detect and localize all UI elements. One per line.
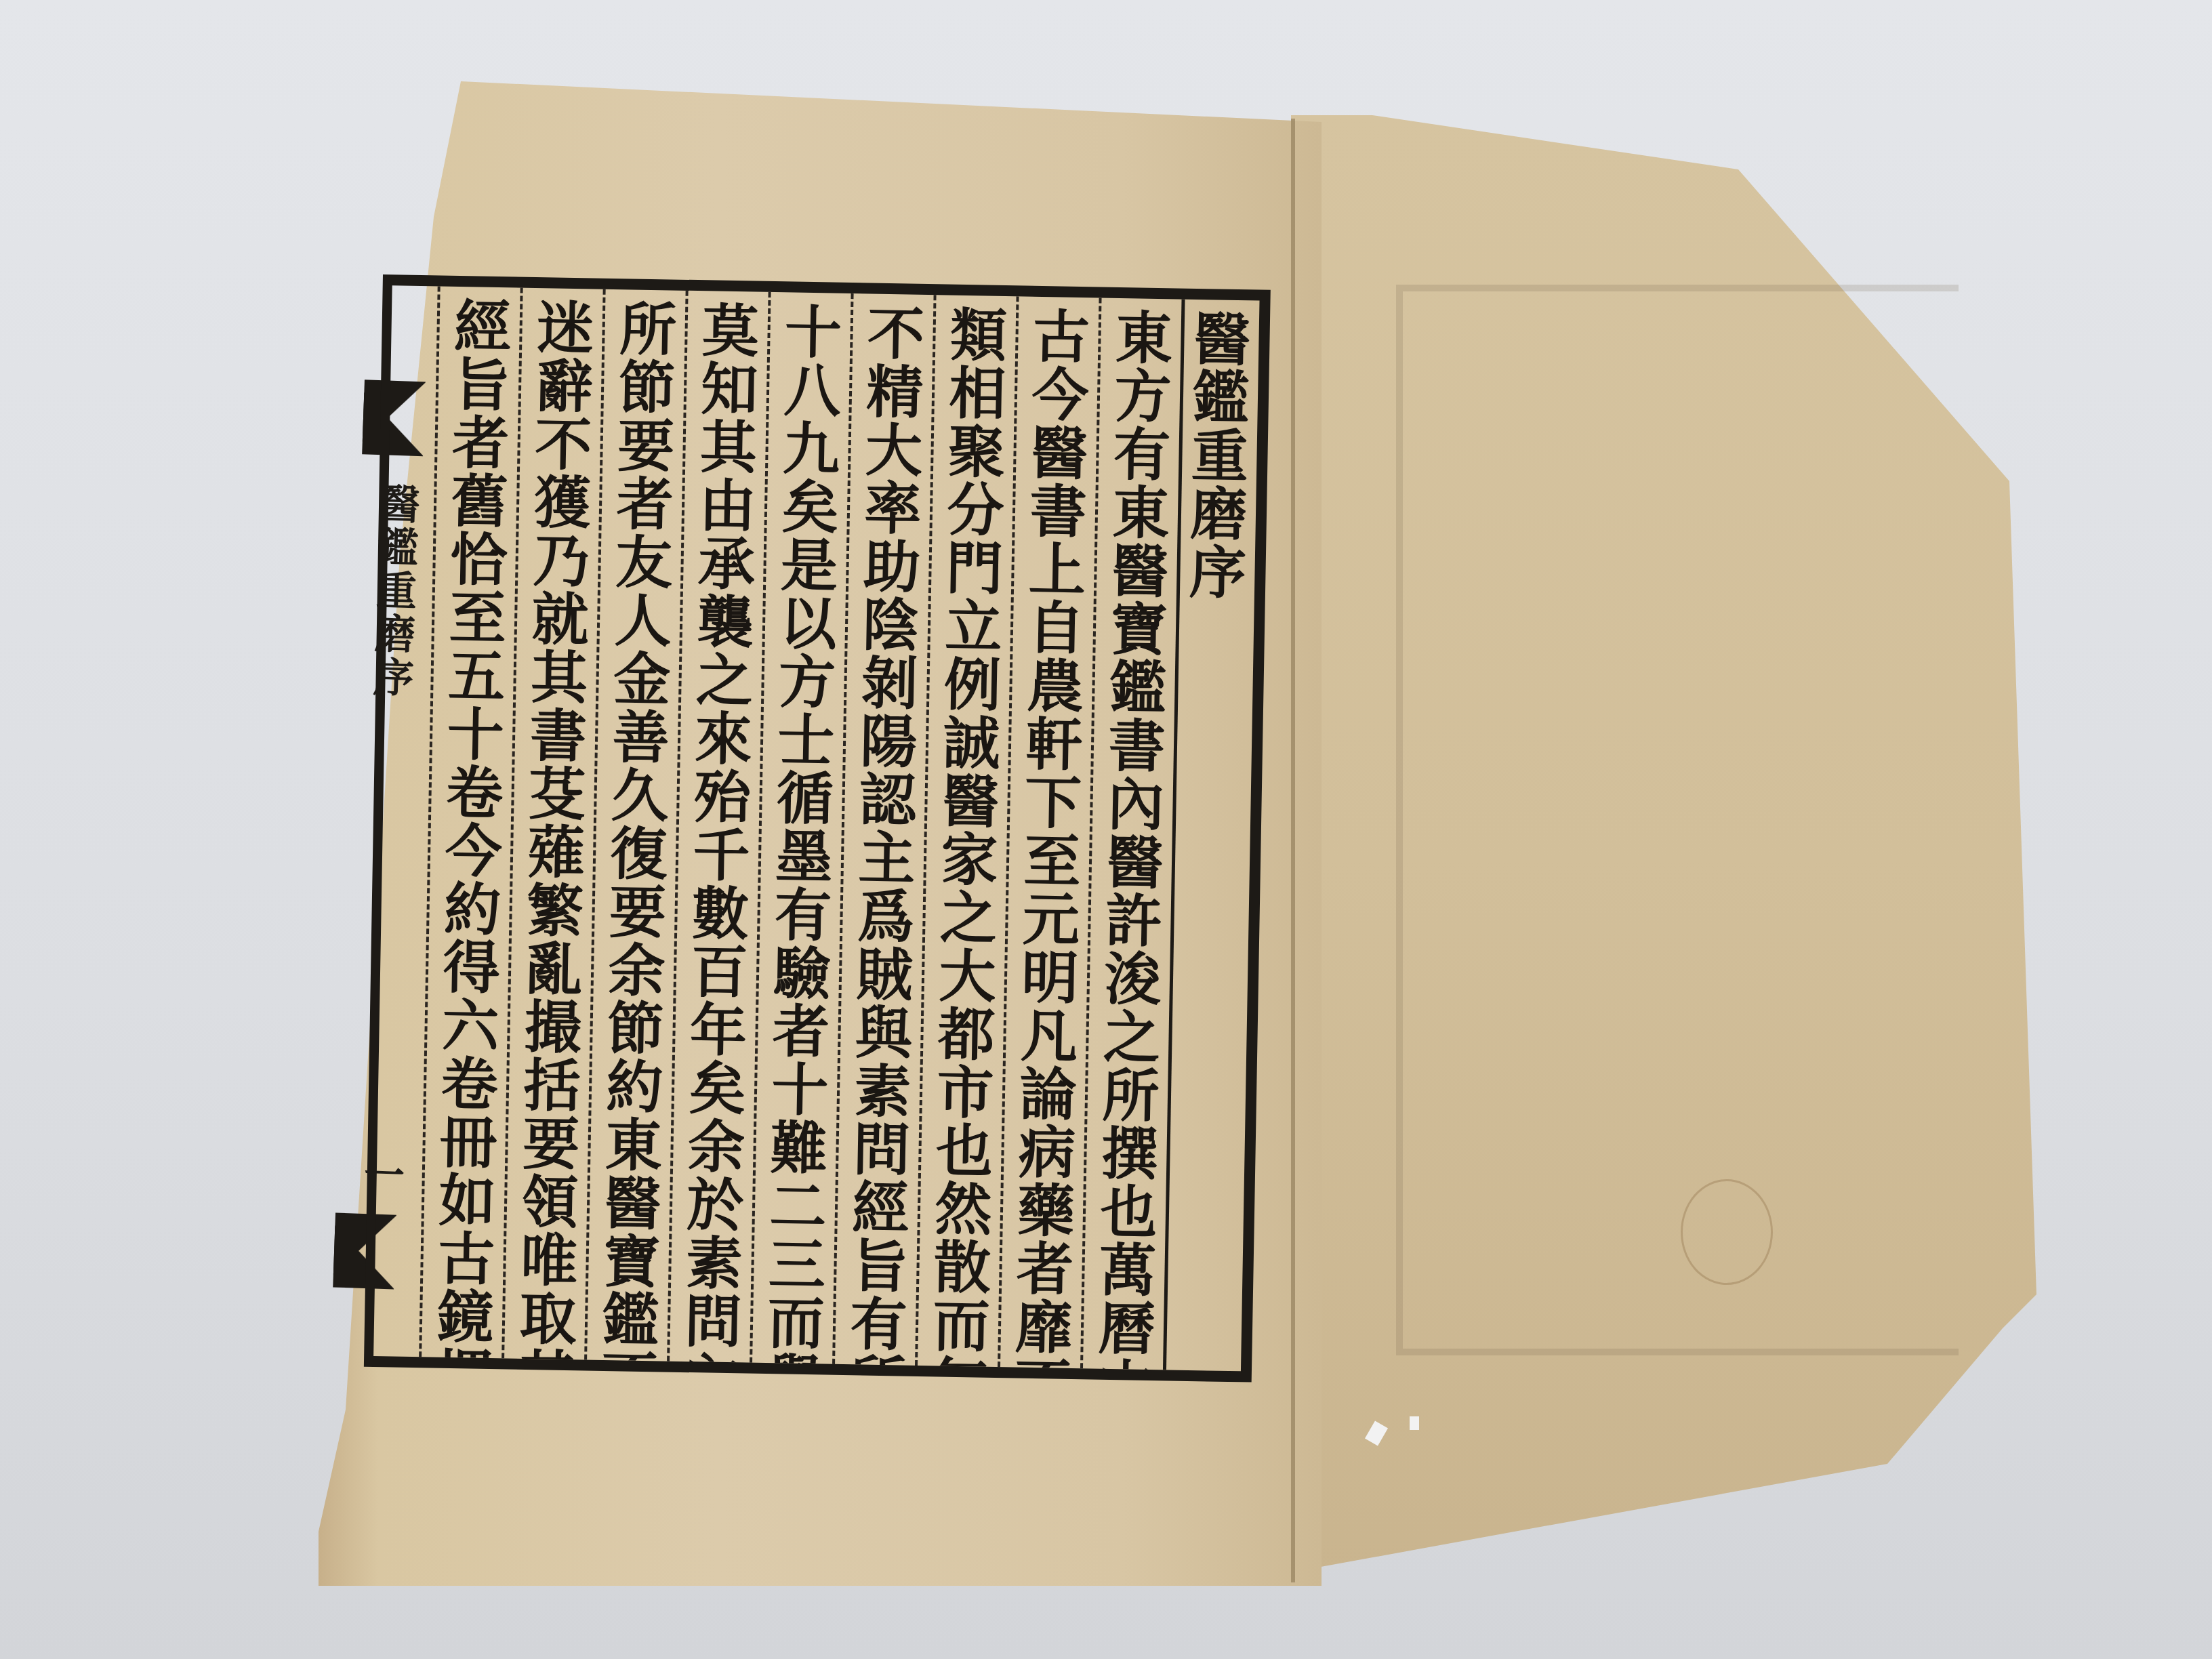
printed-text-frame: 醫鑑重磨序 東方有東醫寶鑑書內醫許浚之所撰也萬曆中 其書集合 古今醫書上自農軒下…	[364, 274, 1271, 1382]
text-columns: 醫鑑重磨序 東方有東醫寶鑑書內醫許浚之所撰也萬曆中 其書集合 古今醫書上自農軒下…	[419, 286, 1259, 1371]
show-through-frame	[1396, 285, 1959, 1355]
water-stain	[1681, 1179, 1773, 1285]
paper-tear	[1410, 1416, 1419, 1430]
book-photo: 醫鑑重磨序 一 醫鑑重磨序 東方有東醫寶鑑書內醫許浚之所撰也萬曆中 其書集合 古…	[0, 0, 2212, 1659]
page-fold	[1291, 119, 1295, 1582]
